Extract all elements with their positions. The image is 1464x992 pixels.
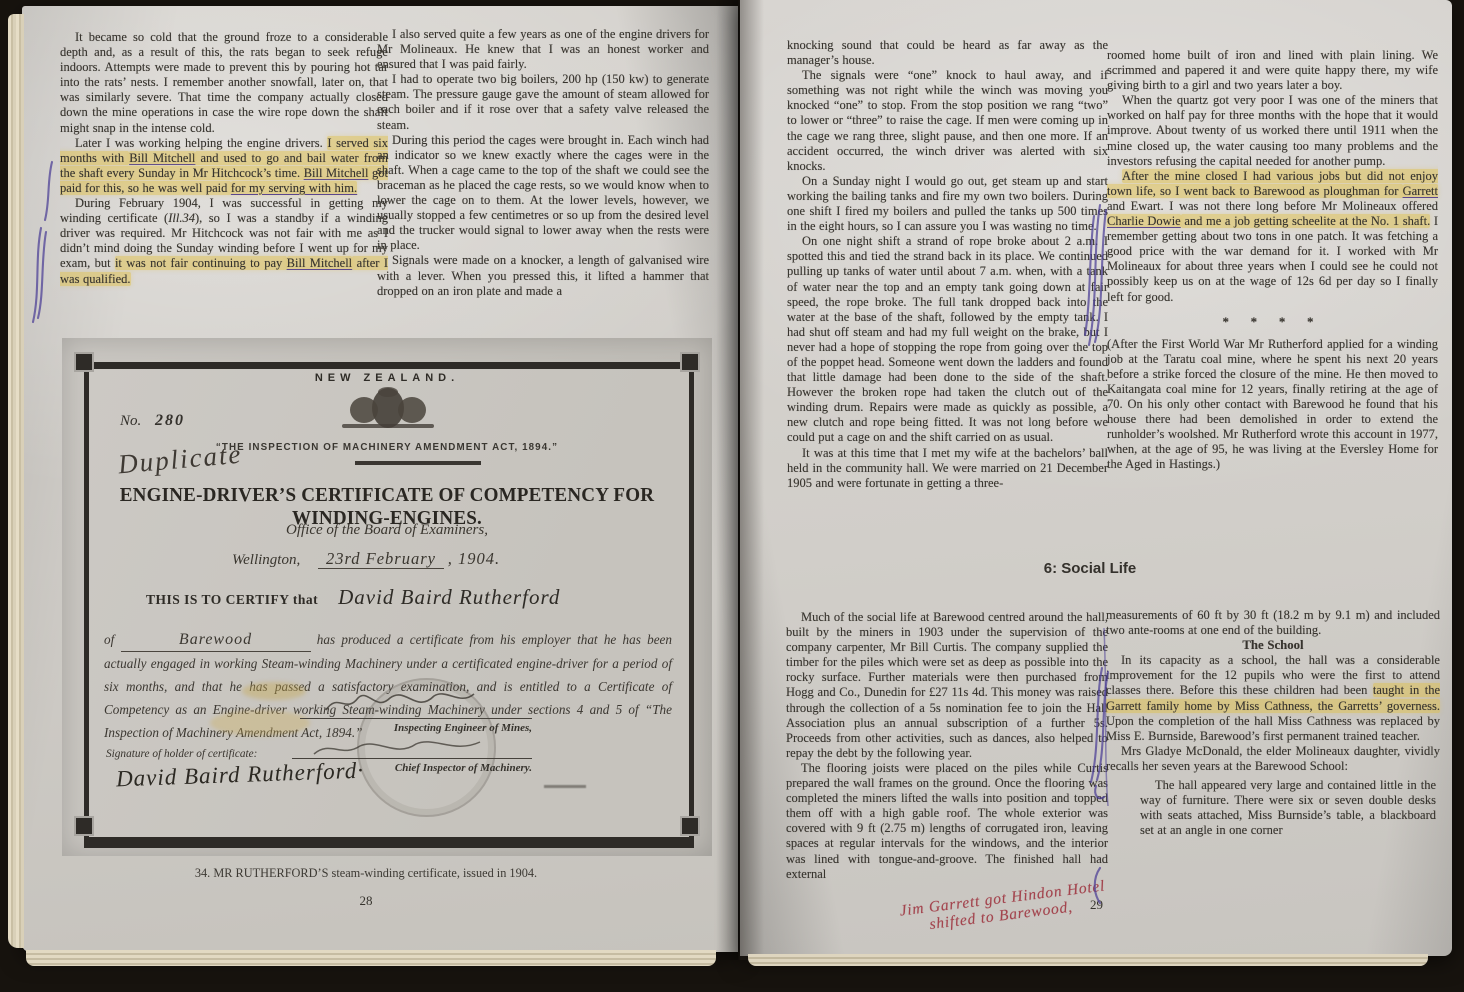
pen-margin-marks bbox=[0, 0, 1464, 992]
